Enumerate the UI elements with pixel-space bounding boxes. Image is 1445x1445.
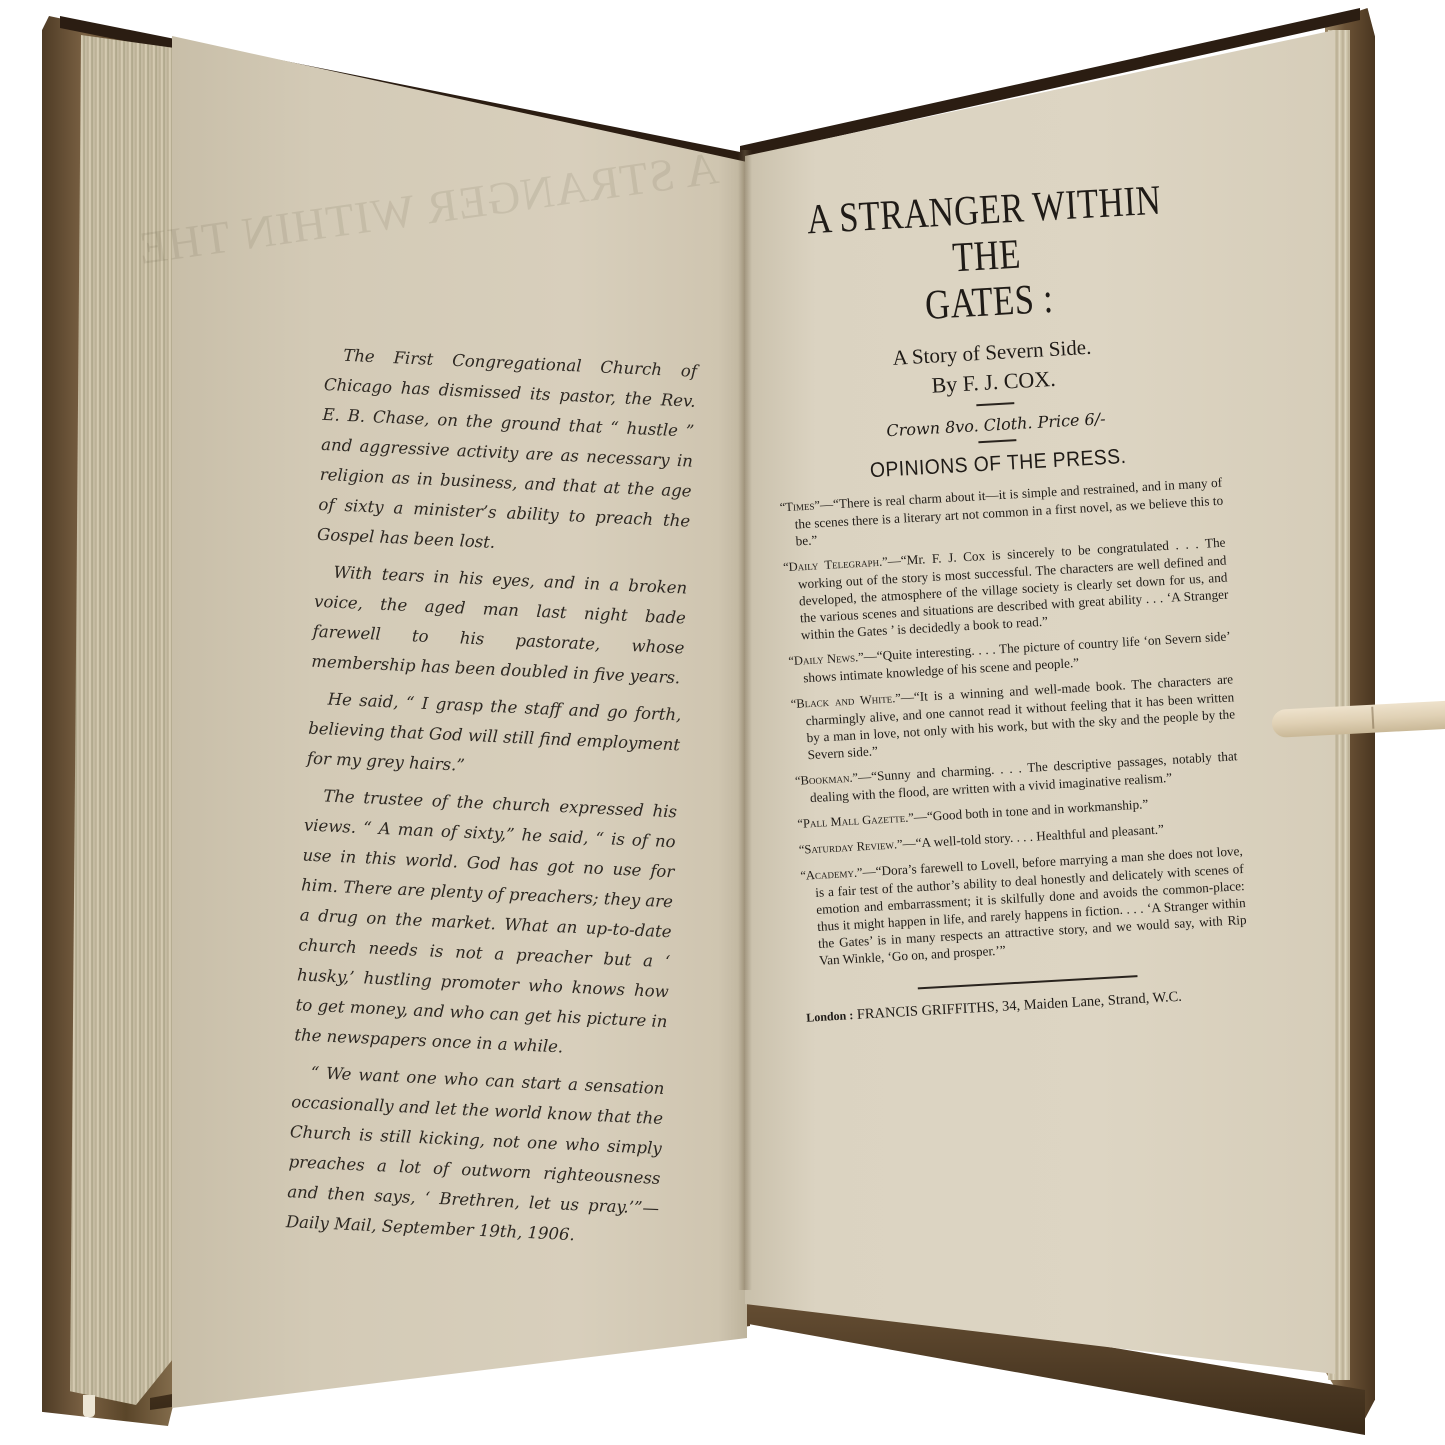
review-source: “Academy.” [800, 865, 863, 882]
book-title: A STRANGER WITHIN THE GATES : [801, 177, 1173, 335]
article-paragraph: With tears in his eyes, and in a broken … [311, 557, 688, 694]
article-paragraph: “ We want one who can start a sensation … [285, 1057, 665, 1254]
article-paragraph: He said, “ I grasp the staff and go fort… [306, 684, 682, 791]
divider [976, 402, 1014, 406]
article-paragraph: The First Congregational Church of Chica… [316, 340, 697, 567]
divider [978, 439, 1016, 443]
imprint-city: London : [806, 1008, 854, 1025]
review-source: “Bookman.” [795, 770, 859, 787]
article-paragraph: The trustee of the church expressed his … [294, 781, 678, 1068]
review-text: —“A well-told story. . . . Healthful and… [902, 821, 1164, 851]
review-text: —“It is a winning and well-made book. Th… [805, 671, 1235, 762]
open-book-photo: A STRANGER WITHIN THE The First Congrega… [0, 0, 1445, 1445]
review-source: “Times” [779, 498, 820, 514]
right-page-advertisement: A STRANGER WITHIN THE GATES : A Story of… [760, 165, 1251, 1026]
book-gutter [738, 150, 752, 1290]
left-page-article: The First Congregational Church of Chica… [285, 340, 698, 1261]
review-source: “Daily News.” [788, 650, 864, 668]
press-review: “Academy.”—“Dora’s farewell to Lovell, b… [798, 842, 1248, 970]
imprint-divider [917, 975, 1137, 989]
review-text: —“Dora’s farewell to Lovell, before marr… [815, 843, 1247, 968]
page-tab [83, 1395, 95, 1417]
press-review: “Daily Telegraph.”—“Mr. F. J. Cox is sin… [781, 534, 1230, 645]
review-text: —“Mr. F. J. Cox is sincerely to be congr… [798, 535, 1229, 643]
review-source: “Pall Mall Gazette.” [797, 810, 914, 830]
review-source: “Saturday Review.” [799, 837, 903, 857]
review-text: —“Good both in tone and in workmanship.” [913, 796, 1148, 824]
